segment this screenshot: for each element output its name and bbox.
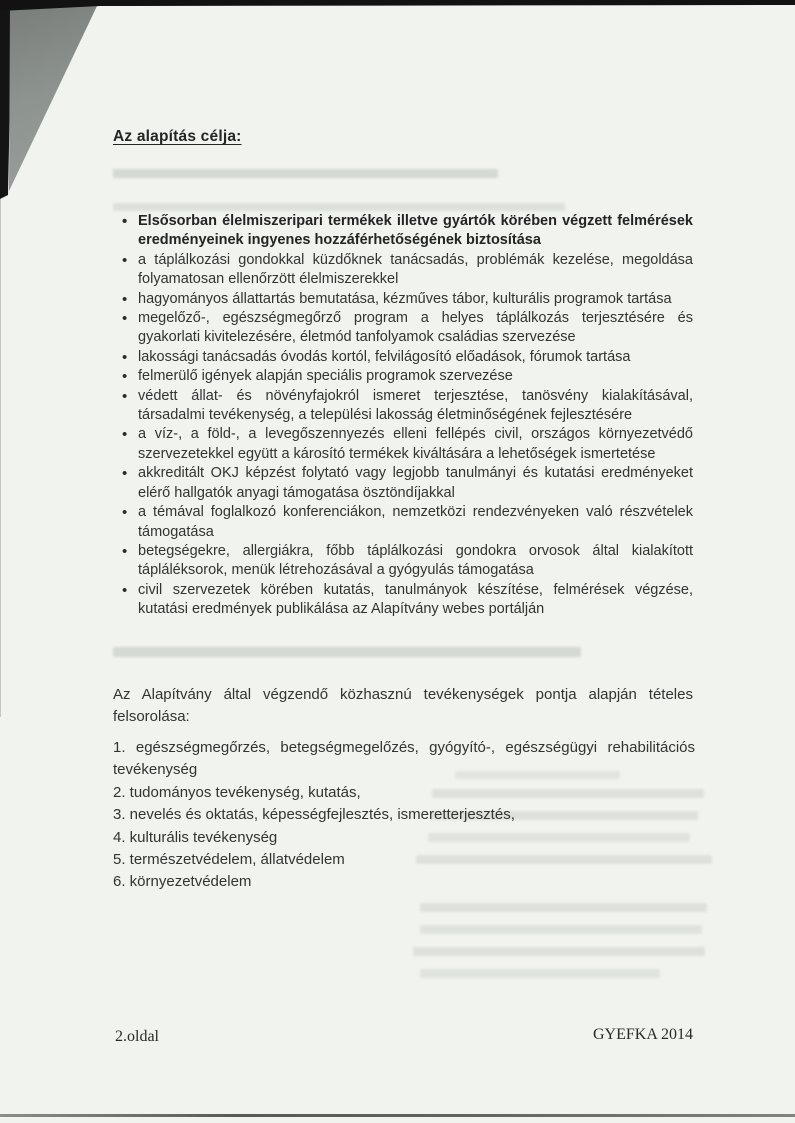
numbered-item: 4. kulturális tevékenység bbox=[113, 827, 695, 849]
bullet-item: a témával foglalkozó konferenciákon, nem… bbox=[122, 503, 693, 542]
bullet-item: Elsősorban élelmiszeripari termékek ille… bbox=[122, 212, 693, 251]
footer-doc-code: GYEFKA 2014 bbox=[593, 1026, 693, 1044]
bullet-list: Elsősorban élelmiszeripari termékek ille… bbox=[122, 212, 693, 620]
bullet-item: felmerülő igények alapján speciális prog… bbox=[122, 367, 693, 386]
numbered-item: 3. nevelés és oktatás, képességfejleszté… bbox=[113, 804, 695, 826]
activities-intro-paragraph: Az Alapítvány által végzendő közhasznú t… bbox=[113, 684, 693, 727]
bullet-item: civil szervezetek körében kutatás, tanul… bbox=[122, 581, 693, 620]
bullet-item: betegségekre, allergiákra, főbb táplálko… bbox=[122, 542, 693, 581]
numbered-list: 1. egészségmegőrzés, betegségmegelőzés, … bbox=[113, 737, 695, 894]
numbered-item: 5. természetvédelem, állatvédelem bbox=[113, 849, 695, 871]
page-number: 2.oldal bbox=[115, 1028, 159, 1046]
document-content: Az alapítás célja: Elsősorban élelmiszer… bbox=[0, 0, 795, 1123]
bullet-item: védett állat- és növényfajokról ismeret … bbox=[122, 387, 693, 426]
numbered-item: 2. tudományos tevékenység, kutatás, bbox=[113, 782, 695, 804]
bullet-item: a táplálkozási gondokkal küzdőknek tanác… bbox=[122, 251, 693, 290]
scanned-page: Az alapítás célja: Elsősorban élelmiszer… bbox=[0, 0, 795, 1123]
bullet-item: a víz-, a föld-, a levegőszennyezés elle… bbox=[122, 425, 693, 464]
numbered-item: 1. egészségmegőrzés, betegségmegelőzés, … bbox=[113, 737, 695, 782]
numbered-item: 6. környezetvédelem bbox=[113, 871, 695, 893]
bullet-item: lakossági tanácsadás óvodás kortól, felv… bbox=[122, 348, 693, 367]
bullet-item: akkreditált OKJ képzést folytató vagy le… bbox=[122, 464, 693, 503]
section-heading: Az alapítás célja: bbox=[113, 128, 242, 146]
bullet-item: megelőző-, egészségmegőrző program a hel… bbox=[122, 309, 693, 348]
bullet-item: hagyományos állattartás bemutatása, kézm… bbox=[122, 290, 693, 309]
